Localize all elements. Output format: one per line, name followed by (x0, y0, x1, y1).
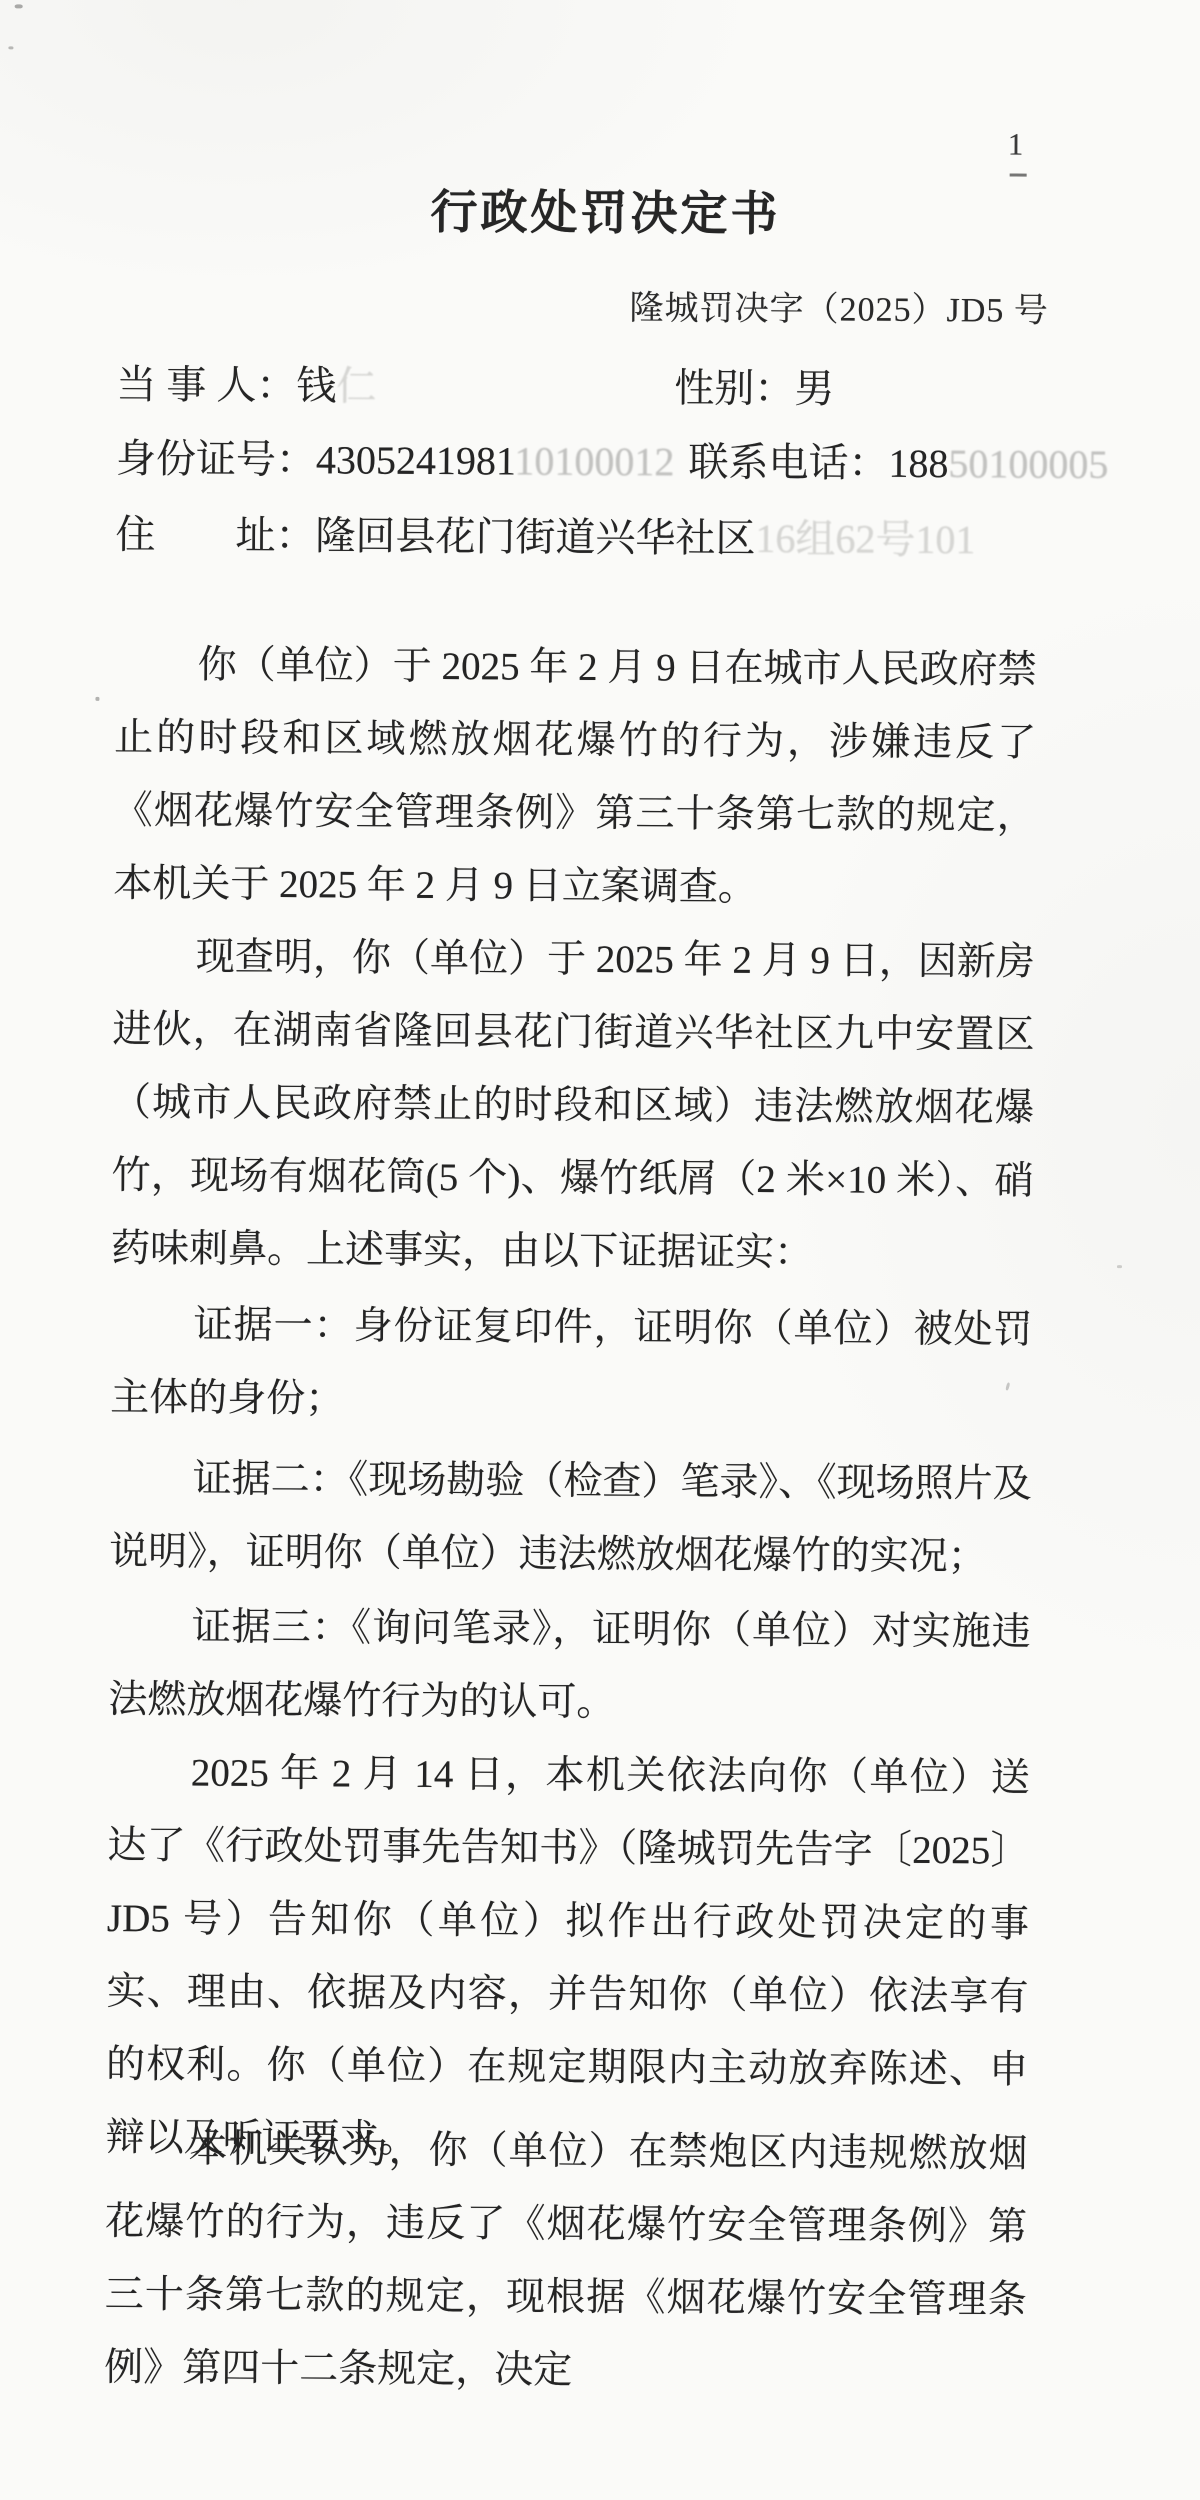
phone-redacted: 50100005 (948, 441, 1108, 487)
page-number-underline (1010, 173, 1027, 176)
id-label: 身份证号： (116, 436, 316, 482)
page-number: 1 (1008, 126, 1024, 162)
phone-label: 联系电话： (688, 440, 888, 486)
scan-speck (95, 697, 99, 701)
paragraph-evidence-2: 证据二：《现场勘验（检查）笔录》、《现场照片及说明》，证明你（单位）违法燃放烟花… (109, 1442, 1032, 1594)
id-redacted: 10100012 (515, 438, 675, 484)
id-value: 4305241981 (316, 437, 516, 483)
phone-value: 188 (888, 441, 948, 486)
address-value: 隆回县花门街道兴华社区 (315, 513, 755, 561)
scan-speck (8, 46, 13, 49)
scan-speck (15, 4, 23, 8)
paragraph-evidence-1: 证据一：身份证复印件，证明你（单位）被处罚主体的身份； (110, 1288, 1033, 1440)
address-label: 住 址： (115, 512, 315, 558)
scanned-document-page: 1 行政处罚决定书 隆城罚决字（2025）JD5 号 当 事 人：钱仁 性别：男… (0, 0, 1200, 2500)
id-phone-line: 身份证号：430524198110100012联系电话：18850100005 (116, 427, 1109, 490)
party-name-label: 当 事 人： (116, 362, 296, 408)
gender-value: 男 (794, 366, 834, 411)
paragraph-evidence-3: 证据三：《询问笔录》，证明你（单位）对实施违法燃放烟花爆竹行为的认可。 (108, 1590, 1031, 1742)
address-redacted: 16组62号101 (755, 516, 975, 562)
party-name-line: 当 事 人：钱仁 性别：男 (116, 353, 1116, 416)
address-line: 住 址：隆回县花门街道兴华社区16组62号101 (115, 503, 975, 565)
paragraph-findings: 现查明，你（单位）于 2025 年 2 月 9 日，因新房进伙，在湖南省隆回县花… (111, 920, 1035, 1291)
gender-field: 性别：男 (674, 356, 834, 414)
document-content: 1 行政处罚决定书 隆城罚决字（2025）JD5 号 当 事 人：钱仁 性别：男… (0, 0, 1200, 2500)
document-number: 隆城罚决字（2025）JD5 号 (629, 280, 1049, 332)
scan-speck (1117, 1265, 1122, 1268)
document-title: 行政处罚决定书 (5, 172, 1200, 246)
gender-label: 性别： (674, 365, 794, 411)
paragraph-filing: 你（单位）于 2025 年 2 月 9 日在城市人民政府禁止的时段和区域燃放烟花… (113, 628, 1037, 926)
party-name-value: 钱 (296, 363, 336, 408)
party-name-redacted: 仁 (336, 363, 376, 408)
paragraph-decision: 本机关认为，你（单位）在禁炮区内违规燃放烟花爆竹的行为，违反了《烟花爆竹安全管理… (104, 2112, 1028, 2410)
